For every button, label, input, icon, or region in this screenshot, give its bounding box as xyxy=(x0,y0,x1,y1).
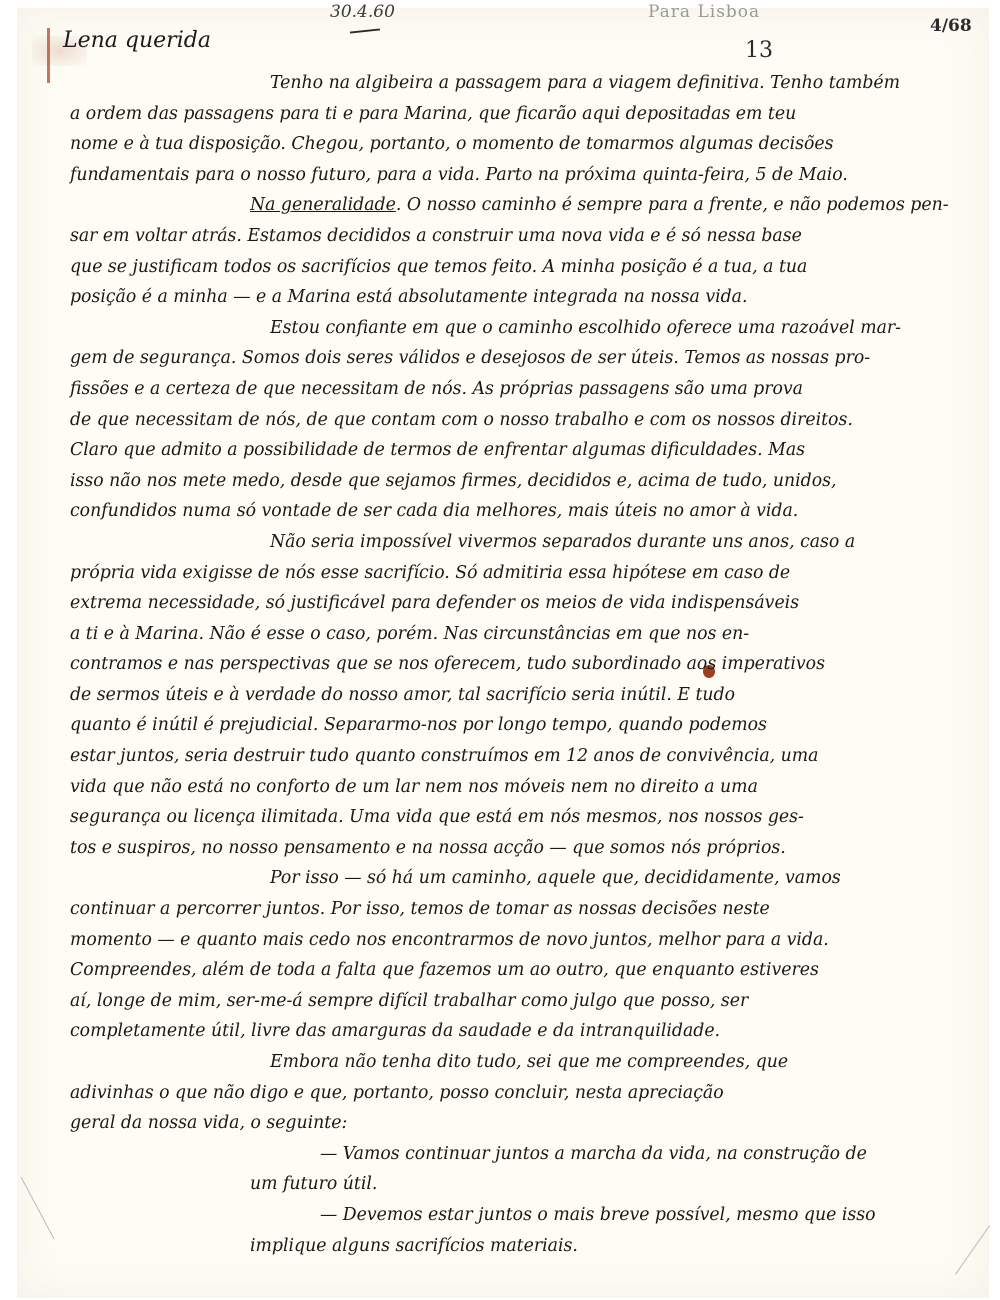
text-line: posição é a minha — e a Marina está abso… xyxy=(70,282,980,313)
text-line: continuar a percorrer juntos. Por isso, … xyxy=(70,894,980,925)
text-line: geral da nossa vida, o seguinte: xyxy=(70,1108,980,1139)
archive-reference: 4/68 xyxy=(930,16,972,36)
text-line: Por isso — só há um caminho, aquele que,… xyxy=(70,863,980,894)
text-line: estar juntos, seria destruir tudo quanto… xyxy=(70,741,980,772)
text-line: fissões e a certeza de que necessitam de… xyxy=(70,374,980,405)
text-line: quanto é inútil é prejudicial. Separarmo… xyxy=(70,710,980,741)
text-line: aí, longe de mim, ser-me-á sempre difíci… xyxy=(70,986,980,1017)
text-line: Na generalidade. O nosso caminho é sempr… xyxy=(70,190,980,221)
conclusion-line: implique alguns sacrifícios materiais. xyxy=(70,1231,980,1262)
text-line: a ordem das passagens para ti e para Mar… xyxy=(70,99,980,130)
pencil-annotation: Para Lisboa xyxy=(648,2,760,22)
text-line: de que necessitam de nós, de que contam … xyxy=(70,405,980,436)
text-line: adivinhas o que não digo e que, portanto… xyxy=(70,1078,980,1109)
text-line: própria vida exigisse de nós esse sacrif… xyxy=(70,558,980,589)
text-line: completamente útil, livre das amarguras … xyxy=(70,1016,980,1047)
red-ink-mark xyxy=(47,28,50,83)
salutation: Lena querida xyxy=(63,28,211,53)
page-number: 13 xyxy=(745,38,773,63)
text-line: Estou confiante em que o caminho escolhi… xyxy=(70,313,980,344)
text-line: momento — e quanto mais cedo nos encontr… xyxy=(70,925,980,956)
text-line: de sermos úteis e à verdade do nosso amo… xyxy=(70,680,980,711)
text-line: nome e à tua disposição. Chegou, portant… xyxy=(70,129,980,160)
text-line: que se justificam todos os sacrifícios q… xyxy=(70,252,980,283)
text-line: segurança ou licença ilimitada. Uma vida… xyxy=(70,802,980,833)
conclusion-line: — Vamos continuar juntos a marcha da vid… xyxy=(70,1139,980,1170)
text-line: a ti e à Marina. Não é esse o caso, poré… xyxy=(70,619,980,650)
underlined-phrase: Na generalidade xyxy=(250,195,396,215)
text-line: gem de segurança. Somos dois seres válid… xyxy=(70,343,980,374)
text-line: Claro que admito a possibilidade de term… xyxy=(70,435,980,466)
text-line: Não seria impossível vivermos separados … xyxy=(70,527,980,558)
paper-crease-left xyxy=(21,1177,55,1239)
text-line: tos e suspiros, no nosso pensamento e na… xyxy=(70,833,980,864)
text-line: Compreendes, além de toda a falta que fa… xyxy=(70,955,980,986)
text-line: fundamentais para o nosso futuro, para a… xyxy=(70,160,980,191)
letter-body: Tenho na algibeira a passagem para a via… xyxy=(70,68,980,1261)
letter-date: 30.4.60 xyxy=(330,2,395,22)
conclusion-line: um futuro útil. xyxy=(70,1169,980,1200)
text-line: Tenho na algibeira a passagem para a via… xyxy=(70,68,980,99)
text-line: contramos e nas perspectivas que se nos … xyxy=(70,649,980,680)
text-line: confundidos numa só vontade de ser cada … xyxy=(70,496,980,527)
text-line: vida que não está no conforto de um lar … xyxy=(70,772,980,803)
text-line: isso não nos mete medo, desde que sejamo… xyxy=(70,466,980,497)
text-line: Embora não tenha dito tudo, sei que me c… xyxy=(70,1047,980,1078)
conclusion-line: — Devemos estar juntos o mais breve poss… xyxy=(70,1200,980,1231)
text-line: extrema necessidade, só justificável par… xyxy=(70,588,980,619)
text-line: sar em voltar atrás. Estamos decididos a… xyxy=(70,221,980,252)
